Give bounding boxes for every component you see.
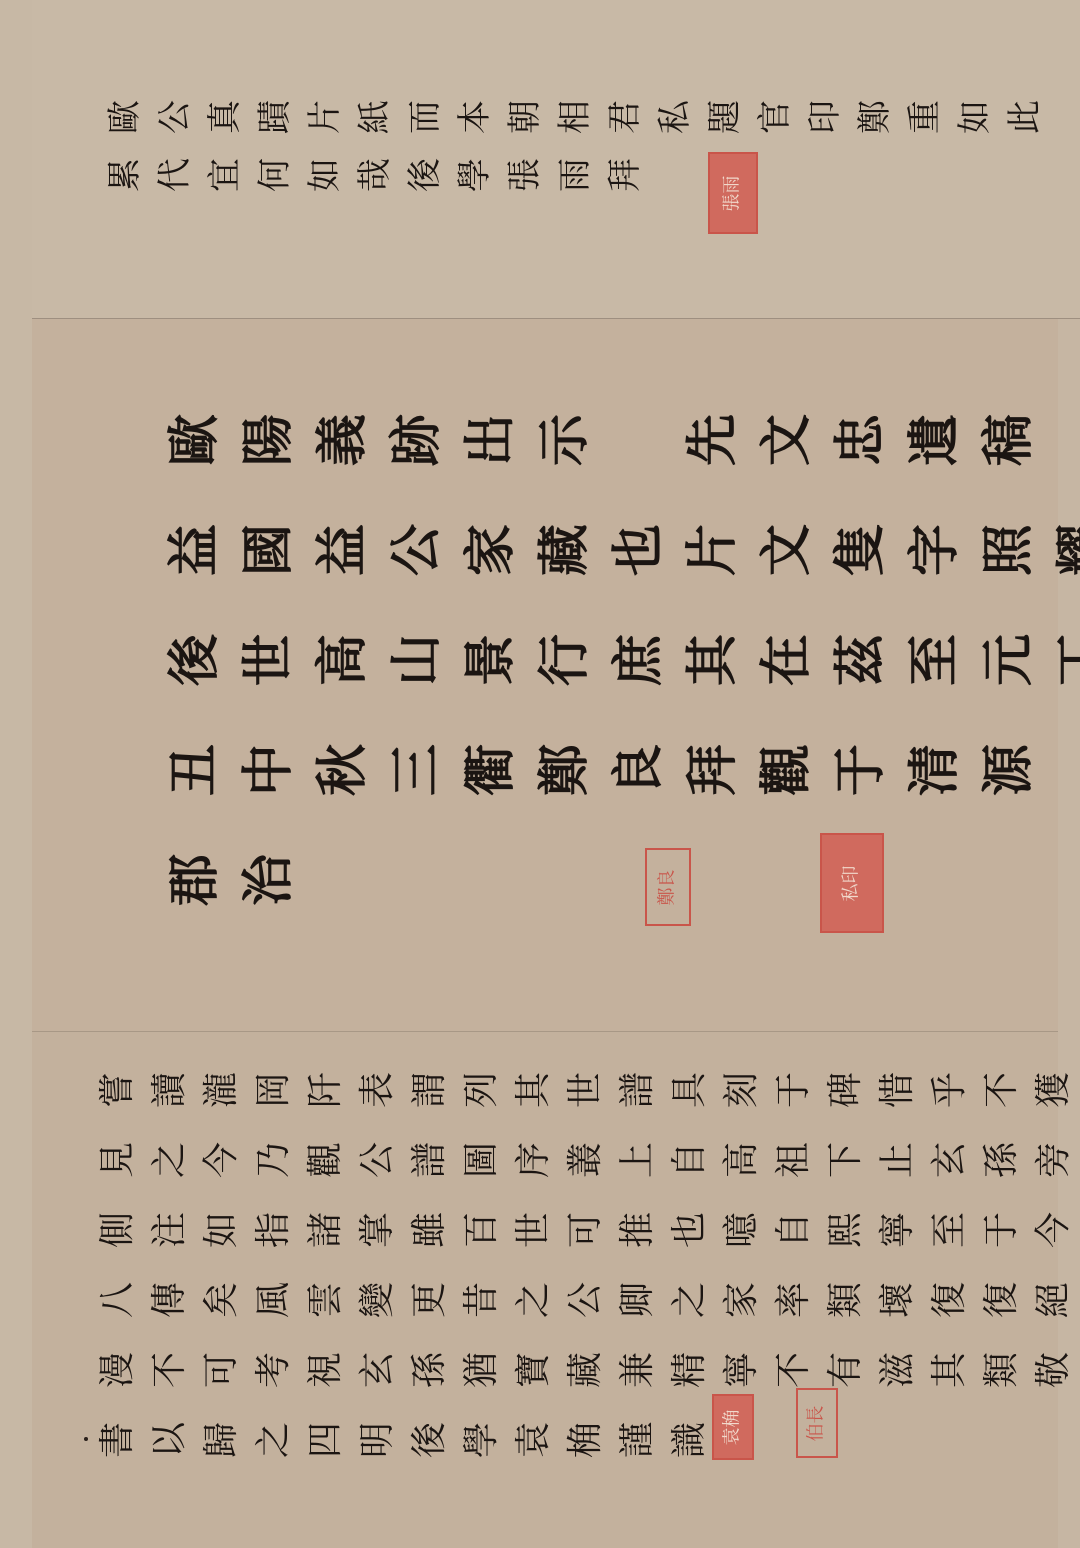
calligraphy-character: 自 xyxy=(776,1204,812,1256)
calligraphy-character: 不 xyxy=(984,1064,1020,1116)
calligraphy-character: 諸 xyxy=(308,1204,344,1256)
calligraphy-character: 學 xyxy=(458,150,492,200)
calligraphy-character: 官 xyxy=(758,92,792,142)
calligraphy-character: 寶 xyxy=(516,1344,552,1396)
calligraphy-character: 猶 xyxy=(464,1344,500,1396)
calligraphy-character: 其 xyxy=(687,623,739,697)
calligraphy-character: 譜 xyxy=(412,1134,448,1186)
calligraphy-character: 止 xyxy=(880,1134,916,1186)
calligraphy-character: 公 xyxy=(568,1274,604,1326)
calligraphy-character: 此 xyxy=(1008,92,1042,142)
calligraphy-character: 嘗 xyxy=(100,1064,136,1116)
calligraphy-character: 圖 xyxy=(464,1134,500,1186)
calligraphy-character: 藏 xyxy=(568,1344,604,1396)
calligraphy-character: 類 xyxy=(828,1274,864,1326)
calligraphy-character: 片 xyxy=(308,92,342,142)
calligraphy-character: 精 xyxy=(672,1344,708,1396)
calligraphy-character: 世 xyxy=(516,1204,552,1256)
text-row: 歐公真蹟片紙而本朝相君私題官印鄭重如此 xyxy=(100,100,1050,134)
calligraphy-character: 郡 xyxy=(169,843,221,917)
calligraphy-character: 真 xyxy=(208,92,242,142)
calligraphy-character: 岡 xyxy=(256,1064,292,1116)
calligraphy-character: 歸 xyxy=(204,1414,240,1466)
calligraphy-character: 其 xyxy=(932,1344,968,1396)
calligraphy-character: 在 xyxy=(761,623,813,697)
calligraphy-character: 譜 xyxy=(620,1064,656,1116)
calligraphy-character: 朝 xyxy=(508,92,542,142)
seal-stamp: 伯長 xyxy=(796,1388,838,1458)
calligraphy-character: 也 xyxy=(613,513,665,587)
calligraphy-character: 宜 xyxy=(208,150,242,200)
calligraphy-character: 字 xyxy=(909,513,961,587)
calligraphy-character: 雲 xyxy=(308,1274,344,1326)
calligraphy-character: 書 xyxy=(100,1414,136,1466)
calligraphy-character: 後 xyxy=(408,150,442,200)
calligraphy-character: 觀 xyxy=(761,733,813,807)
calligraphy-character: 家 xyxy=(724,1274,760,1326)
calligraphy-character: 寧 xyxy=(880,1204,916,1256)
calligraphy-character: 家 xyxy=(465,513,517,587)
calligraphy-character: 茲 xyxy=(835,623,887,697)
calligraphy-character: 側 xyxy=(100,1204,136,1256)
calligraphy-character: 如 xyxy=(204,1204,240,1256)
calligraphy-character: 列 xyxy=(464,1064,500,1116)
text-row: 嘗讀瀧岡阡表謂列其世譜具刻于碑惜乎不獲 xyxy=(92,1072,1080,1108)
calligraphy-character: 乎 xyxy=(932,1064,968,1116)
calligraphy-character: 遺 xyxy=(909,403,961,477)
calligraphy-character: 世 xyxy=(243,623,295,697)
calligraphy-character: 玄 xyxy=(360,1344,396,1396)
calligraphy-character: 片 xyxy=(687,513,739,587)
seal-stamp: 袁桷 xyxy=(712,1394,754,1460)
calligraphy-character: 出 xyxy=(465,403,517,477)
calligraphy-character: 高 xyxy=(317,623,369,697)
calligraphy-character: 景 xyxy=(465,623,517,697)
calligraphy-character: 百 xyxy=(464,1204,500,1256)
calligraphy-character: 刻 xyxy=(724,1064,760,1116)
calligraphy-character: 相 xyxy=(558,92,592,142)
calligraphy-character: 先 xyxy=(687,403,739,477)
calligraphy-character: 世 xyxy=(568,1064,604,1116)
calligraphy-character: 也 xyxy=(672,1204,708,1256)
ink-speck xyxy=(84,1437,88,1441)
calligraphy-character: 源 xyxy=(983,733,1035,807)
calligraphy-character: 三 xyxy=(391,733,443,807)
colophon-panel-2: 歐陽義跡出示 先文忠遺稿 益國益公家藏也片文隻字照耀 後世高山景行庶其在茲至元丁… xyxy=(32,319,1058,1032)
calligraphy-character: 桷 xyxy=(568,1414,604,1466)
calligraphy-character: 掌 xyxy=(360,1204,396,1256)
calligraphy-character: 雨 xyxy=(558,150,592,200)
calligraphy-character: 四 xyxy=(308,1414,344,1466)
calligraphy-character: 見 xyxy=(100,1134,136,1186)
calligraphy-character: 識 xyxy=(672,1414,708,1466)
calligraphy-character: 忠 xyxy=(835,403,887,477)
calligraphy-character: 復 xyxy=(984,1274,1020,1326)
calligraphy-character: 叢 xyxy=(568,1134,604,1186)
mount-edge-left xyxy=(0,0,33,1548)
calligraphy-character: 紙 xyxy=(358,92,392,142)
calligraphy-character: 山 xyxy=(391,623,443,697)
calligraphy-character: 表 xyxy=(360,1064,396,1116)
calligraphy-character: 自 xyxy=(672,1134,708,1186)
calligraphy-character: 不 xyxy=(152,1344,188,1396)
calligraphy-character: 代 xyxy=(158,150,192,200)
calligraphy-character: 變 xyxy=(360,1274,396,1326)
calligraphy-character: 公 xyxy=(158,92,192,142)
text-row: 見之今乃觀公譜圖序叢上自高祖下止玄孫旁行 xyxy=(92,1142,1080,1178)
calligraphy-character: 鄭 xyxy=(539,733,591,807)
calligraphy-character: 敬 xyxy=(1036,1344,1072,1396)
calligraphy-character: 孫 xyxy=(984,1134,1020,1186)
calligraphy-character: 至 xyxy=(932,1204,968,1256)
calligraphy-character: 累 xyxy=(108,150,142,200)
calligraphy-character: 陽 xyxy=(243,403,295,477)
calligraphy-character: 視 xyxy=(308,1344,344,1396)
calligraphy-character: 阡 xyxy=(308,1064,344,1116)
calligraphy-character: 壞 xyxy=(880,1274,916,1326)
calligraphy-character: 滋 xyxy=(880,1344,916,1396)
calligraphy-character: 照 xyxy=(983,513,1035,587)
calligraphy-character: 可 xyxy=(568,1204,604,1256)
calligraphy-character: 示 xyxy=(539,403,591,477)
calligraphy-character xyxy=(613,403,665,477)
calligraphy-character: 題 xyxy=(708,92,742,142)
calligraphy-character: 益 xyxy=(317,513,369,587)
calligraphy-character: 惜 xyxy=(880,1064,916,1116)
calligraphy-character: 碑 xyxy=(828,1064,864,1116)
calligraphy-character: 治 xyxy=(243,843,295,917)
calligraphy-character: 哉 xyxy=(358,150,392,200)
calligraphy-character: 昔 xyxy=(464,1274,500,1326)
calligraphy-character: 卿 xyxy=(620,1274,656,1326)
calligraphy-character: 漫 xyxy=(100,1344,136,1396)
calligraphy-character: 文 xyxy=(761,513,813,587)
calligraphy-character: 如 xyxy=(308,150,342,200)
calligraphy-character: 良 xyxy=(613,733,665,807)
calligraphy-character: 何 xyxy=(258,150,292,200)
calligraphy-character: 歐 xyxy=(108,92,142,142)
calligraphy-character: 鄭 xyxy=(858,92,892,142)
calligraphy-character: 張 xyxy=(508,150,542,200)
calligraphy-character: 本 xyxy=(458,92,492,142)
calligraphy-character: 印 xyxy=(808,92,842,142)
calligraphy-character: 玄 xyxy=(932,1134,968,1186)
calligraphy-character: 讀 xyxy=(152,1064,188,1116)
calligraphy-character: 瀧 xyxy=(204,1064,240,1116)
seal-stamp: 鄭良 xyxy=(645,848,691,926)
calligraphy-character: 公 xyxy=(360,1134,396,1186)
calligraphy-character: 噫 xyxy=(724,1204,760,1256)
calligraphy-character: 丑 xyxy=(169,733,221,807)
calligraphy-character: 矣 xyxy=(204,1274,240,1326)
text-row: 累代宜何如哉後學張雨拜 xyxy=(100,158,650,192)
text-row: 側注如指諸掌雖百世可推也噫自熙寧至于今凡 xyxy=(92,1212,1080,1248)
calligraphy-character: 後 xyxy=(412,1414,448,1466)
calligraphy-character: 跡 xyxy=(391,403,443,477)
calligraphy-character: 風 xyxy=(256,1274,292,1326)
calligraphy-character: 丁 xyxy=(1057,623,1080,697)
text-row: 書以歸之四明後學袁桷謹識 xyxy=(92,1422,716,1458)
text-row: 丑中秋三衢鄭良拜觀于清源 xyxy=(158,744,1046,796)
calligraphy-character: 明 xyxy=(360,1414,396,1466)
calligraphy-character: 今 xyxy=(204,1134,240,1186)
calligraphy-character: 寧 xyxy=(724,1344,760,1396)
calligraphy-character: 更 xyxy=(412,1274,448,1326)
calligraphy-character: 率 xyxy=(776,1274,812,1326)
calligraphy-character: 觀 xyxy=(308,1134,344,1186)
calligraphy-character: 元 xyxy=(983,623,1035,697)
calligraphy-character: 學 xyxy=(464,1414,500,1466)
calligraphy-character: 乃 xyxy=(256,1134,292,1186)
calligraphy-character: 耀 xyxy=(1057,513,1080,587)
calligraphy-character: 祖 xyxy=(776,1134,812,1186)
calligraphy-character: 後 xyxy=(169,623,221,697)
calligraphy-character: 絕 xyxy=(1036,1274,1072,1326)
calligraphy-character: 兼 xyxy=(620,1344,656,1396)
calligraphy-character: 庶 xyxy=(613,623,665,697)
calligraphy-character: 之 xyxy=(256,1414,292,1466)
calligraphy-character: 君 xyxy=(608,92,642,142)
calligraphy-character: 高 xyxy=(724,1134,760,1186)
calligraphy-character: 蹟 xyxy=(258,92,292,142)
text-row: 八傳矣風雲變更昔之公卿之家率類壞復復絕譜牒 xyxy=(92,1282,1080,1318)
calligraphy-character: 雖 xyxy=(412,1204,448,1256)
calligraphy-character: 歐 xyxy=(169,403,221,477)
calligraphy-character: 孫 xyxy=(412,1344,448,1396)
calligraphy-character: 益 xyxy=(169,513,221,587)
calligraphy-character: 清 xyxy=(909,733,961,807)
calligraphy-character: 隻 xyxy=(835,513,887,587)
text-row: 後世高山景行庶其在茲至元丁 xyxy=(158,634,1080,686)
calligraphy-character: 其 xyxy=(516,1064,552,1116)
calligraphy-character: 袁 xyxy=(516,1414,552,1466)
text-row: 益國益公家藏也片文隻字照耀 xyxy=(158,524,1080,576)
text-row: 郡治 xyxy=(158,854,306,906)
calligraphy-character: 具 xyxy=(672,1064,708,1116)
colophon-panel-3: 嘗讀瀧岡阡表謂列其世譜具刻于碑惜乎不獲 見之今乃觀公譜圖序叢上自高祖下止玄孫旁行… xyxy=(32,1032,1058,1548)
calligraphy-character: 可 xyxy=(204,1344,240,1396)
calligraphy-character: 于 xyxy=(984,1204,1020,1256)
calligraphy-character: 復 xyxy=(932,1274,968,1326)
calligraphy-character: 上 xyxy=(620,1134,656,1186)
calligraphy-character: 拜 xyxy=(687,733,739,807)
calligraphy-character: 推 xyxy=(620,1204,656,1256)
calligraphy-character: 下 xyxy=(828,1134,864,1186)
calligraphy-character: 指 xyxy=(256,1204,292,1256)
calligraphy-character: 之 xyxy=(152,1134,188,1186)
calligraphy-character: 中 xyxy=(243,733,295,807)
text-row: 漫不可考視玄孫猶寶藏兼精寧不有滋其類敬 xyxy=(92,1352,1080,1388)
calligraphy-character: 傳 xyxy=(152,1274,188,1326)
calligraphy-character: 獲 xyxy=(1036,1064,1072,1116)
seal-stamp: 私印 xyxy=(820,833,884,933)
seal-stamp: 張雨 xyxy=(708,152,758,234)
calligraphy-character: 考 xyxy=(256,1344,292,1396)
calligraphy-character: 稿 xyxy=(983,403,1035,477)
calligraphy-character: 于 xyxy=(776,1064,812,1116)
calligraphy-character: 之 xyxy=(516,1274,552,1326)
calligraphy-character: 謂 xyxy=(412,1064,448,1116)
calligraphy-character: 于 xyxy=(835,733,887,807)
calligraphy-character: 今 xyxy=(1036,1204,1072,1256)
calligraphy-character: 國 xyxy=(243,513,295,587)
calligraphy-character: 公 xyxy=(391,513,443,587)
colophon-panel-1: 歐公真蹟片紙而本朝相君私題官印鄭重如此 累代宜何如哉後學張雨拜 張雨 xyxy=(32,0,1080,319)
calligraphy-character: 行 xyxy=(539,623,591,697)
calligraphy-character: 熙 xyxy=(828,1204,864,1256)
calligraphy-character: 義 xyxy=(317,403,369,477)
text-row: 歐陽義跡出示 先文忠遺稿 xyxy=(158,414,1046,466)
calligraphy-character: 類 xyxy=(984,1344,1020,1396)
calligraphy-character: 藏 xyxy=(539,513,591,587)
calligraphy-character: 以 xyxy=(152,1414,188,1466)
calligraphy-character: 八 xyxy=(100,1274,136,1326)
calligraphy-character: 至 xyxy=(909,623,961,697)
calligraphy-character: 之 xyxy=(672,1274,708,1326)
calligraphy-character: 衢 xyxy=(465,733,517,807)
calligraphy-character: 拜 xyxy=(608,150,642,200)
calligraphy-character: 謹 xyxy=(620,1414,656,1466)
calligraphy-character: 而 xyxy=(408,92,442,142)
calligraphy-character: 文 xyxy=(761,403,813,477)
calligraphy-character: 如 xyxy=(958,92,992,142)
calligraphy-character: 重 xyxy=(908,92,942,142)
calligraphy-character: 旁 xyxy=(1036,1134,1072,1186)
calligraphy-character: 私 xyxy=(658,92,692,142)
calligraphy-character: 注 xyxy=(152,1204,188,1256)
calligraphy-character: 序 xyxy=(516,1134,552,1186)
calligraphy-character: 秋 xyxy=(317,733,369,807)
